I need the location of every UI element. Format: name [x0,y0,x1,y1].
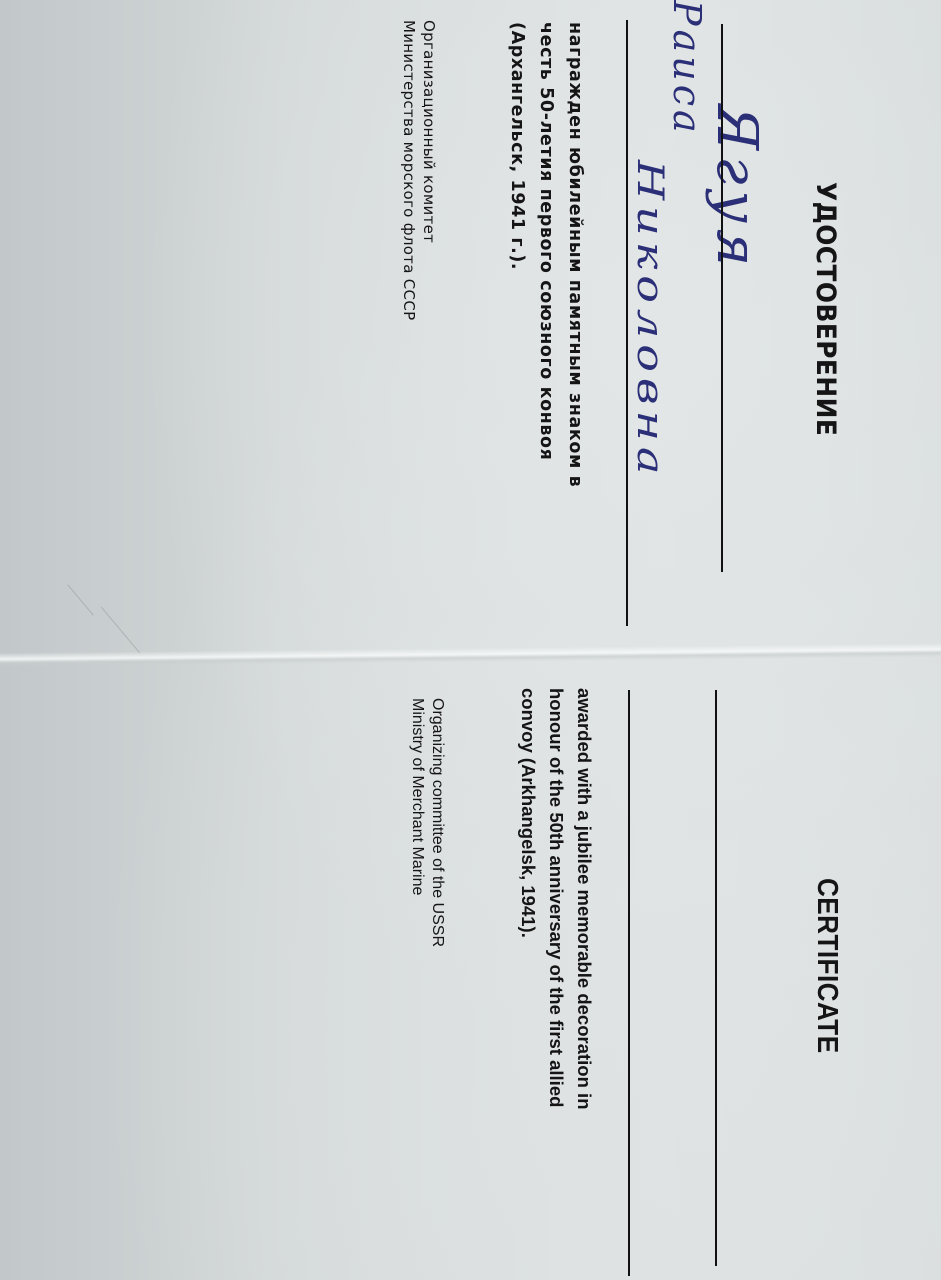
english-award-line: awarded with a jubilee memorable decorat… [570,688,598,1110]
russian-issuer-line: Министерства морского флота СССР [399,20,419,320]
certificate-sheet: УДОСТОВЕРЕНИЕ Ягуя Раиса Николовна награ… [0,0,941,1280]
russian-award-line: награжден юбилейным памятным знаком в [560,22,589,487]
name-line-2 [626,20,628,626]
english-issuer-line: Organizing committee of the USSR [427,698,447,947]
paper-crease-mark [101,607,140,654]
russian-issuer: Организационный комитет Министерства мор… [399,20,439,320]
handwritten-name-line1: Ягуя [704,105,769,272]
handwritten-name-line2-first: Раиса [665,0,709,137]
name-line-1 [721,24,723,572]
english-award-line: honour of the 50th anniversary of the fi… [542,688,570,1110]
paper-crease-mark [67,584,93,615]
name-line-1 [715,690,717,1266]
handwritten-name-line2-patronymic: Николовна [629,160,672,480]
russian-award-line: честь 50-летия первого союзного конвоя [531,22,560,487]
russian-title: УДОСТОВЕРЕНИЕ [810,182,841,436]
name-line-2 [628,690,630,1276]
english-issuer-line: Ministry of Merchant Marine [407,698,427,947]
english-title: CERTIFICATE [810,878,843,1054]
russian-issuer-line: Организационный комитет [419,20,439,320]
english-award-text: awarded with a jubilee memorable decorat… [514,688,598,1110]
english-issuer: Organizing committee of the USSR Ministr… [407,698,447,947]
russian-award-text: награжден юбилейным памятным знаком в че… [502,22,589,487]
english-panel: CERTIFICATE awarded with a jubilee memor… [0,660,941,1280]
russian-award-line: (Архангельск, 1941 г.). [502,22,531,487]
english-award-line: convoy (Arkhangelsk, 1941). [514,688,542,1110]
russian-panel: УДОСТОВЕРЕНИЕ Ягуя Раиса Николовна награ… [0,0,941,650]
